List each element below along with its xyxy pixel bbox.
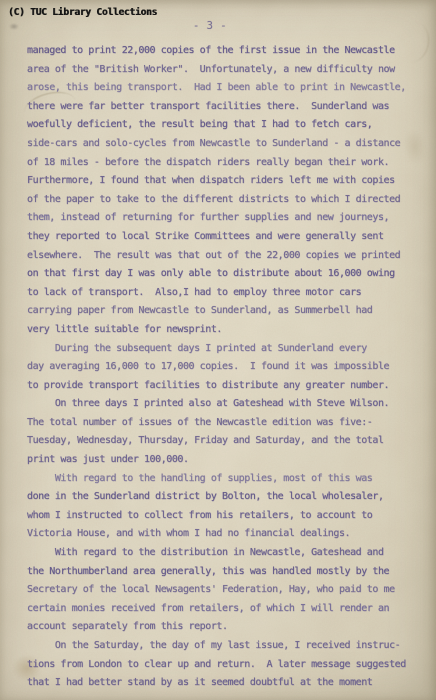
- text-line: With regard to the distribution in Newca…: [27, 544, 425, 563]
- text-line: Furthermore, I found that when dispatch …: [27, 172, 425, 191]
- text-line: side-cars and solo-cycles from Newcastle…: [27, 135, 425, 154]
- text-line: account separately from this report.: [27, 618, 425, 637]
- text-line: woefully deficient, the result being tha…: [27, 116, 425, 135]
- text-line: On the Saturday, the day of my last issu…: [27, 637, 425, 656]
- text-line: print was just under 100,000.: [27, 451, 425, 470]
- text-line: to lack of transport. Also,I had to empl…: [27, 284, 425, 303]
- text-line: carrying paper from Newcastle to Sunderl…: [27, 302, 425, 321]
- text-line: day averaging 16,000 to 17,000 copies. I…: [27, 358, 425, 377]
- text-line: During the subsequent days I printed at …: [27, 340, 425, 359]
- text-line: Secretary of the local Newsagents' Feder…: [27, 581, 425, 600]
- text-line: tions from London to clear up and return…: [27, 656, 425, 675]
- scanned-document-page: (C) TUC Library Collections - 3 - manage…: [0, 0, 436, 700]
- text-line: elsewhere. The result was that out of th…: [27, 247, 425, 266]
- document-body: managed to print 22,000 copies of the fi…: [27, 42, 425, 693]
- text-line: to provide transport facilities to distr…: [27, 377, 425, 396]
- text-line: Tuesday, Wednesday, Thursday, Friday and…: [27, 432, 425, 451]
- text-line: there were far better transport faciliti…: [27, 98, 425, 117]
- text-line: managed to print 22,000 copies of the fi…: [27, 42, 425, 61]
- text-line: done in the Sunderland district by Bolto…: [27, 488, 425, 507]
- text-line: arose, this being transport. Had I been …: [27, 79, 425, 98]
- text-line: of 18 miles - before the dispatch riders…: [27, 154, 425, 173]
- text-line: them, instead of returning for further s…: [27, 209, 425, 228]
- text-line: Victoria House, and with whom I had no f…: [27, 525, 425, 544]
- text-line: of the paper to take to the different di…: [27, 191, 425, 210]
- copyright-watermark: (C) TUC Library Collections: [8, 7, 157, 18]
- text-line: they reported to local Strike Committees…: [27, 228, 425, 247]
- page-number: - 3 -: [0, 20, 420, 32]
- text-line: With regard to the handling of supplies,…: [27, 470, 425, 489]
- text-line: The total number of issues of the Newcas…: [27, 414, 425, 433]
- text-line: area of the "British Worker". Unfortunat…: [27, 61, 425, 80]
- text-line: very little suitable for newsprint.: [27, 321, 425, 340]
- text-line: On three days I printed also at Gateshea…: [27, 395, 425, 414]
- text-line: certain monies received from retailers, …: [27, 600, 425, 619]
- text-line: on that first day I was only able to dis…: [27, 265, 425, 284]
- text-line: the Northumberland area generally, this …: [27, 563, 425, 582]
- text-line: whom I instructed to collect from his re…: [27, 507, 425, 526]
- text-line: that I had better stand by as it seemed …: [27, 674, 425, 693]
